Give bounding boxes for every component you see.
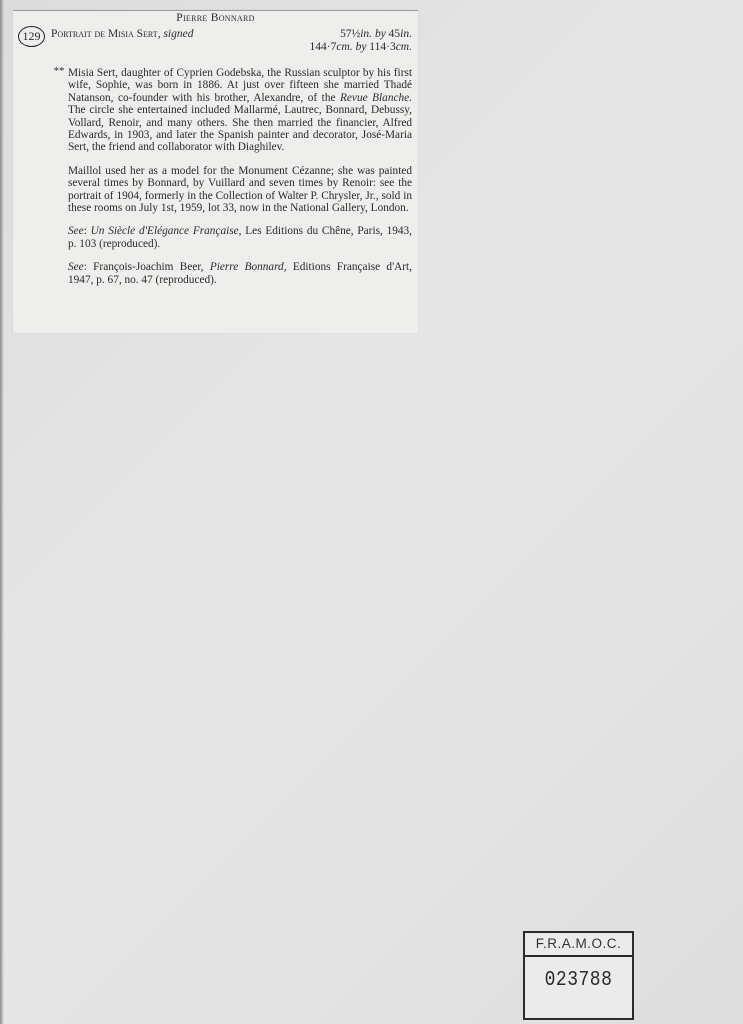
dimensions-inches: 57½in. by 45in.	[310, 28, 412, 41]
page-edge-shadow	[0, 0, 4, 1024]
asterism-icon: **	[52, 67, 66, 75]
archive-stamp: F.R.A.M.O.C. 023788	[523, 931, 634, 1020]
dimensions: 57½in. by 45in. 144·7cm. by 114·3cm.	[310, 28, 412, 54]
catalogue-clipping: Pierre Bonnard 129 Portrait de Misia Ser…	[13, 10, 418, 333]
stamp-number: 023788	[525, 968, 632, 992]
description-paragraph: Misia Sert, daughter of Cyprien Godebska…	[68, 67, 412, 154]
artist-name: Pierre Bonnard	[13, 12, 418, 24]
artwork-title: Portrait de Misia Sert, signed	[51, 28, 193, 40]
description-paragraph: Maillol used her as a model for the Monu…	[68, 165, 412, 215]
artwork-title-text: Portrait de Misia Sert	[51, 28, 158, 40]
lot-number-circled: 129	[18, 26, 45, 47]
stamp-label: F.R.A.M.O.C.	[525, 933, 632, 957]
description-body: Misia Sert, daughter of Cyprien Godebska…	[68, 67, 412, 297]
description-paragraph: See: Un Siècle d'Elégance Française, Les…	[68, 225, 412, 250]
dimensions-cm: 144·7cm. by 114·3cm.	[310, 41, 412, 54]
signed-note: , signed	[158, 28, 194, 40]
clipping-top-rule	[13, 10, 418, 11]
description-paragraph: See: François-Joachim Beer, Pierre Bonna…	[68, 261, 412, 286]
